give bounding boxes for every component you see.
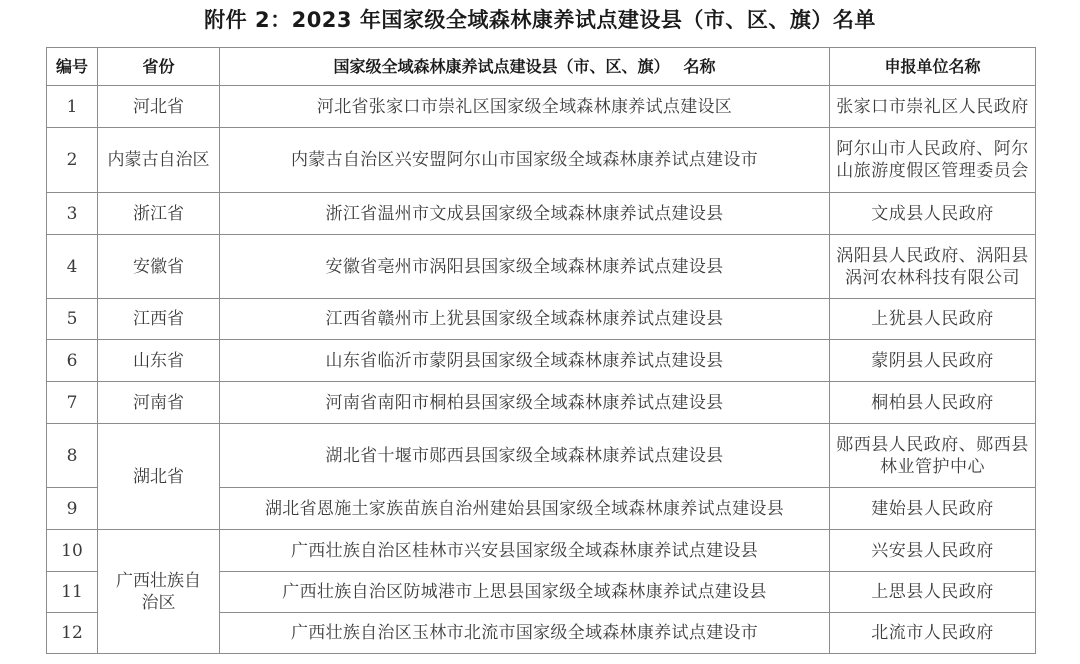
row-province: 内蒙古自治区 bbox=[98, 128, 220, 193]
row-name: 湖北省十堰市郧西县国家级全域森林康养试点建设县 bbox=[220, 424, 830, 488]
row-province: 河南省 bbox=[98, 382, 220, 424]
row-unit: 文成县人民政府 bbox=[830, 193, 1036, 235]
row-num: 7 bbox=[47, 382, 98, 424]
row-name: 河南省南阳市桐柏县国家级全域森林康养试点建设县 bbox=[220, 382, 830, 424]
header-unit: 申报单位名称 bbox=[830, 48, 1036, 86]
row-unit: 阿尔山市人民政府、阿尔山旅游度假区管理委员会 bbox=[830, 128, 1036, 193]
table-row: 5 江西省 江西省赣州市上犹县国家级全域森林康养试点建设县 上犹县人民政府 bbox=[47, 299, 1036, 340]
table-row: 4 安徽省 安徽省亳州市涡阳县国家级全域森林康养试点建设县 涡阳县人民政府、涡阳… bbox=[47, 235, 1036, 299]
row-num: 11 bbox=[47, 572, 98, 613]
row-unit: 郧西县人民政府、郧西县林业管护中心 bbox=[830, 424, 1036, 488]
row-num: 1 bbox=[47, 86, 98, 128]
row-unit: 张家口市崇礼区人民政府 bbox=[830, 86, 1036, 128]
header-name-main: 国家级全域森林康养试点建设县（市、区、旗） bbox=[333, 57, 669, 76]
row-num: 6 bbox=[47, 340, 98, 382]
row-name: 湖北省恩施土家族苗族自治州建始县国家级全域森林康养试点建设县 bbox=[220, 488, 830, 530]
row-province: 安徽省 bbox=[98, 235, 220, 299]
row-unit: 桐柏县人民政府 bbox=[830, 382, 1036, 424]
row-name: 广西壮族自治区玉林市北流市国家级全域森林康养试点建设市 bbox=[220, 613, 830, 654]
row-name: 广西壮族自治区桂林市兴安县国家级全域森林康养试点建设县 bbox=[220, 530, 830, 572]
header-province: 省份 bbox=[98, 48, 220, 86]
row-unit: 蒙阴县人民政府 bbox=[830, 340, 1036, 382]
table-row: 6 山东省 山东省临沂市蒙阴县国家级全域森林康养试点建设县 蒙阴县人民政府 bbox=[47, 340, 1036, 382]
header-name-suffix: 名称 bbox=[684, 57, 716, 76]
row-name: 浙江省温州市文成县国家级全域森林康养试点建设县 bbox=[220, 193, 830, 235]
row-num: 10 bbox=[47, 530, 98, 572]
row-num: 8 bbox=[47, 424, 98, 488]
row-num: 4 bbox=[47, 235, 98, 299]
row-name: 安徽省亳州市涡阳县国家级全域森林康养试点建设县 bbox=[220, 235, 830, 299]
table-row: 7 河南省 河南省南阳市桐柏县国家级全域森林康养试点建设县 桐柏县人民政府 bbox=[47, 382, 1036, 424]
row-province: 江西省 bbox=[98, 299, 220, 340]
table-row: 3 浙江省 浙江省温州市文成县国家级全域森林康养试点建设县 文成县人民政府 bbox=[47, 193, 1036, 235]
row-name: 内蒙古自治区兴安盟阿尔山市国家级全域森林康养试点建设市 bbox=[220, 128, 830, 193]
row-unit: 建始县人民政府 bbox=[830, 488, 1036, 530]
header-num: 编号 bbox=[47, 48, 98, 86]
row-unit: 兴安县人民政府 bbox=[830, 530, 1036, 572]
row-unit: 涡阳县人民政府、涡阳县涡河农林科技有限公司 bbox=[830, 235, 1036, 299]
row-province-merged: 湖北省 bbox=[98, 424, 220, 530]
row-num: 12 bbox=[47, 613, 98, 654]
row-province: 浙江省 bbox=[98, 193, 220, 235]
table-row: 1 河北省 河北省张家口市崇礼区国家级全域森林康养试点建设区 张家口市崇礼区人民… bbox=[47, 86, 1036, 128]
table-row: 8 湖北省 湖北省十堰市郧西县国家级全域森林康养试点建设县 郧西县人民政府、郧西… bbox=[47, 424, 1036, 488]
header-name: 国家级全域森林康养试点建设县（市、区、旗）名称 bbox=[220, 48, 830, 86]
document-title: 附件 2：2023 年国家级全域森林康养试点建设县（市、区、旗）名单 bbox=[0, 4, 1080, 34]
row-num: 9 bbox=[47, 488, 98, 530]
row-name: 广西壮族自治区防城港市上思县国家级全域森林康养试点建设县 bbox=[220, 572, 830, 613]
row-unit: 上犹县人民政府 bbox=[830, 299, 1036, 340]
row-province-merged: 广西壮族自治区 bbox=[98, 530, 220, 654]
row-province: 河北省 bbox=[98, 86, 220, 128]
row-num: 2 bbox=[47, 128, 98, 193]
table-row: 2 内蒙古自治区 内蒙古自治区兴安盟阿尔山市国家级全域森林康养试点建设市 阿尔山… bbox=[47, 128, 1036, 193]
table-header-row: 编号 省份 国家级全域森林康养试点建设县（市、区、旗）名称 申报单位名称 bbox=[47, 48, 1036, 86]
row-unit: 上思县人民政府 bbox=[830, 572, 1036, 613]
row-name: 河北省张家口市崇礼区国家级全域森林康养试点建设区 bbox=[220, 86, 830, 128]
row-num: 5 bbox=[47, 299, 98, 340]
row-name: 山东省临沂市蒙阴县国家级全域森林康养试点建设县 bbox=[220, 340, 830, 382]
row-unit: 北流市人民政府 bbox=[830, 613, 1036, 654]
row-province: 山东省 bbox=[98, 340, 220, 382]
row-name: 江西省赣州市上犹县国家级全域森林康养试点建设县 bbox=[220, 299, 830, 340]
pilot-county-table: 编号 省份 国家级全域森林康养试点建设县（市、区、旗）名称 申报单位名称 1 河… bbox=[46, 47, 1036, 654]
row-num: 3 bbox=[47, 193, 98, 235]
table-row: 10 广西壮族自治区 广西壮族自治区桂林市兴安县国家级全域森林康养试点建设县 兴… bbox=[47, 530, 1036, 572]
